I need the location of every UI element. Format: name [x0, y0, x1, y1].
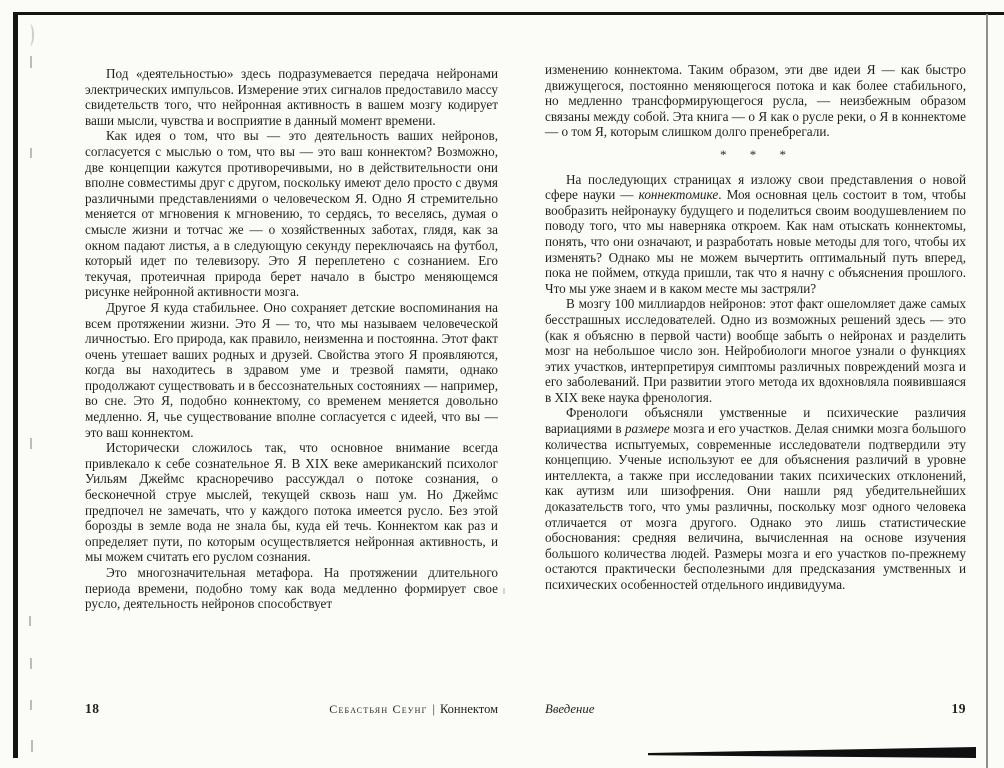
author-name: Себастьян Сеунг — [329, 702, 427, 716]
scan-shadow-wedge — [648, 747, 976, 758]
left-page-footer: 18 Себастьян Сеунг|Коннектом — [85, 701, 498, 717]
paragraph: изменению коннектома. Таким образом, эти… — [545, 62, 966, 140]
paragraph: Под «деятельностью» здесь подразумеваетс… — [85, 66, 498, 128]
paragraph: Исторически сложилось так, что основное … — [85, 440, 498, 565]
scan-artifact-mark — [30, 658, 32, 669]
page-number-left: 18 — [85, 701, 100, 717]
paragraph: На последующих страницах я изложу свои п… — [545, 172, 966, 297]
scan-artifact-mark — [503, 588, 505, 594]
scan-artifact-mark — [30, 438, 32, 449]
right-page-footer: Введение 19 — [545, 701, 966, 717]
section-separator: * * * — [550, 147, 966, 163]
paragraph: В мозгу 100 миллиардов нейронов: этот фа… — [545, 296, 966, 405]
paragraph: Как идея о том, что вы — это деятельност… — [85, 128, 498, 300]
book-scan: Под «деятельностью» здесь подразумеваетс… — [0, 0, 1004, 768]
paragraph: Это многозначительная метафора. На протя… — [85, 565, 498, 612]
page-number-right: 19 — [952, 701, 967, 717]
scan-border-top — [13, 12, 1004, 15]
running-title: Себастьян Сеунг|Коннектом — [329, 702, 498, 717]
paragraph: Другое Я куда стабильнее. Оно сохраняет … — [85, 300, 498, 440]
scan-artifact-mark — [30, 700, 32, 710]
scan-artifact-mark — [31, 740, 33, 752]
paragraph: Френологи объясняли умственные и психиче… — [545, 405, 966, 592]
book-title: Коннектом — [440, 702, 498, 716]
scan-artifact-mark — [30, 148, 32, 158]
scan-artifact-mark — [29, 616, 31, 626]
footer-divider: | — [432, 702, 435, 716]
page-edge-line — [986, 14, 988, 768]
right-page-text-column: изменению коннектома. Таким образом, эти… — [545, 62, 966, 593]
chapter-title: Введение — [545, 702, 594, 717]
scan-border-left — [13, 12, 18, 758]
left-page-text-column: Под «деятельностью» здесь подразумеваетс… — [85, 66, 498, 612]
scan-artifact-mark — [30, 56, 32, 68]
scan-artifact-mark — [26, 24, 34, 46]
